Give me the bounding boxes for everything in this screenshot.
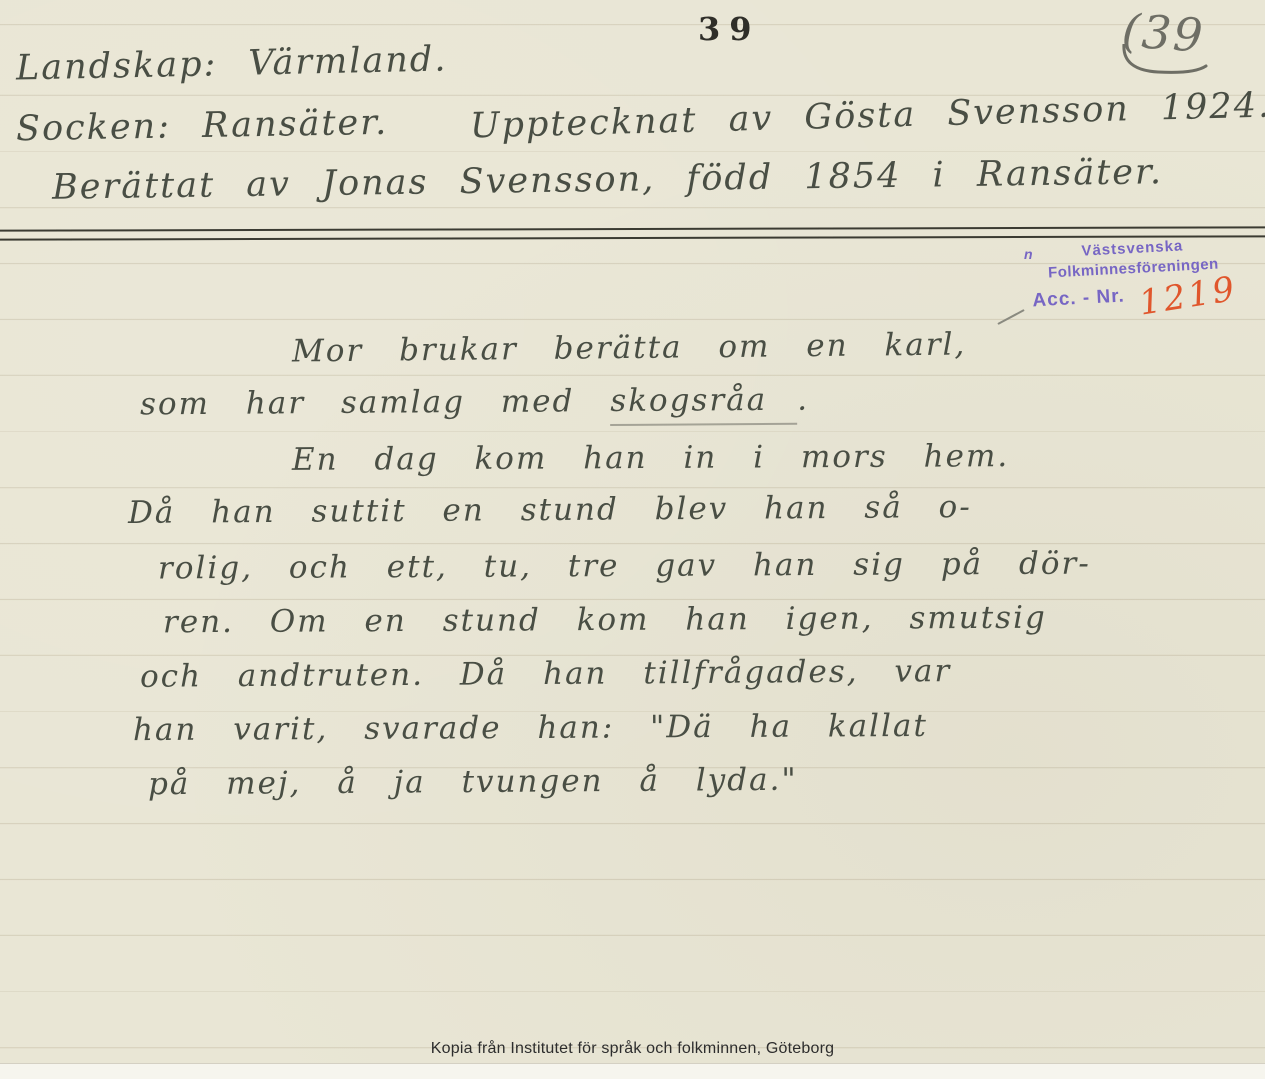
body-line-5: rolig, och ett, tu, tre gav han sig på d… (158, 546, 1091, 587)
archive-stamp: Västsvenska Folkminnesföreningen Acc. - … (1016, 234, 1252, 325)
header-socken-line: Socken: Ransäter. (16, 103, 389, 149)
accession-number-handwritten: 1219 (1136, 269, 1240, 324)
body-line-2: som har samlag med skogsråa. (140, 382, 809, 423)
body-line-2-pre: som har samlag med (140, 383, 611, 422)
copy-caption: Kopia från Institutet för språk och folk… (0, 1040, 1265, 1058)
header-landskap-line: Landskap: Värmland. (16, 39, 448, 88)
body-line-9: på mej, å ja tvungen å lyda." (148, 762, 798, 803)
bottom-paper-edge (0, 1063, 1265, 1079)
header-upptecknat-line: Upptecknat av Gösta Svensson 1924. (470, 86, 1265, 147)
body-line-1: Mor brukar berätta om en karl, (292, 326, 967, 369)
body-line-2-post: . (797, 382, 809, 418)
body-line-4: Då han suttit en stund blev han så o- (128, 489, 972, 531)
pencil-arc-mark (1118, 44, 1214, 78)
stamp-acc-label: Acc. - Nr. (1032, 280, 1126, 313)
body-line-8: han varit, svarade han: "Dä ha kallat (133, 708, 928, 748)
body-line-3: En dag kom han in i mors hem. (292, 438, 1009, 478)
header-berattat-line: Berättat av Jonas Svensson, född 1854 i … (52, 152, 1163, 208)
header-divider-rule (0, 226, 1265, 240)
page-number-printed: 39 (698, 10, 761, 48)
manuscript-scan: 39 (39 Landskap: Värmland. Socken: Ransä… (0, 0, 1265, 1079)
underlined-word-skogsraa: skogsråa (610, 382, 797, 426)
body-line-6: ren. Om en stund kom han igen, smutsig (163, 600, 1047, 641)
body-line-7: och andtruten. Då han tillfrågades, var (140, 653, 951, 695)
